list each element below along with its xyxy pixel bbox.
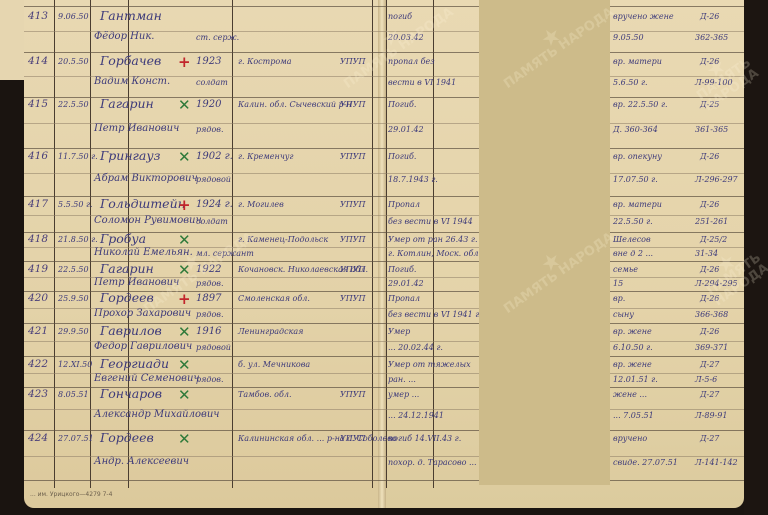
entry-origin: Тамбов. обл. xyxy=(238,390,292,399)
entry-file-ref: Д-26 xyxy=(700,327,719,336)
entry-delivery-note: вручено жене xyxy=(613,12,674,21)
entry-file-ref: Д-27 xyxy=(700,390,719,399)
entry-sheet-ref: 369-371 xyxy=(695,343,728,352)
entry-delivery-date: Д. 360-364 xyxy=(613,125,658,134)
entry-rank: рядовой xyxy=(196,175,231,184)
entry-fate-date: без вести в VI 1944 xyxy=(388,217,473,226)
entry-status: УПУП xyxy=(340,390,366,399)
entry-delivery-date: свиде. 27.07.51 xyxy=(613,458,678,467)
column-rule xyxy=(90,0,91,488)
entry-birth-year: 1920 xyxy=(196,99,221,110)
entry-check-mark: ✕ xyxy=(178,430,191,448)
row-rule xyxy=(24,480,744,481)
entry-rank: солдат xyxy=(196,217,228,226)
entry-birth-year: 1923 xyxy=(196,56,221,67)
entry-delivery-note: вручено xyxy=(613,434,647,443)
entry-origin: Ленинградская xyxy=(238,327,303,336)
entry-number: 420 xyxy=(28,292,48,304)
entry-fate: погиб 14.VII.43 г. xyxy=(388,434,461,443)
entry-date: 25.9.50 xyxy=(58,294,89,303)
entry-file-ref: Д-26 xyxy=(700,152,719,161)
entry-date: 22.5.50 xyxy=(58,265,89,274)
entry-fate: Погиб. xyxy=(388,152,416,161)
entry-delivery-note: вр. матери xyxy=(613,57,662,66)
entry-origin: Калининская обл. ... р-на с. Соболево xyxy=(238,434,397,443)
entry-birth-year: 1916 xyxy=(196,326,221,337)
entry-fate-date: ... 24.12.1941 xyxy=(388,411,444,420)
entry-given-name: Андр. Алексеевич xyxy=(94,456,189,467)
entry-origin: г. Могилев xyxy=(238,200,284,209)
entry-delivery-date: вне д 2 ... xyxy=(613,249,653,258)
entry-check-mark: ✕ xyxy=(178,96,191,114)
entry-fate-date: 29.01.42 xyxy=(388,125,424,134)
entry-date: 9.06.50 xyxy=(58,12,89,21)
entry-file-ref: Д-26 xyxy=(700,200,719,209)
entry-surname: Гольдштейн xyxy=(100,196,186,211)
entry-delivery-date: 15 xyxy=(613,279,623,288)
entry-given-name: Фёдор Ник. xyxy=(94,31,154,42)
entry-delivery-note: вр. 22.5.50 г. xyxy=(613,100,668,109)
entry-sheet-ref: 361-365 xyxy=(695,125,728,134)
entry-status: УПУП xyxy=(340,434,366,443)
entry-given-name: Абрам Викторович xyxy=(94,173,198,184)
entry-rank: ст. серж. xyxy=(196,33,239,42)
entry-sheet-ref: 366-368 xyxy=(695,310,728,319)
entry-status: УПУП xyxy=(340,294,366,303)
entry-date: 22.5.50 xyxy=(58,100,89,109)
entry-fate: Умер от ран 26.43 г. xyxy=(388,235,478,244)
entry-number: 422 xyxy=(28,358,48,370)
entry-surname: Гончаров xyxy=(100,386,162,401)
entry-date: 11.7.50 г. xyxy=(58,152,98,161)
entry-date: 20.5.50 xyxy=(58,57,89,66)
entry-given-name: Евгений Семенович xyxy=(94,373,200,384)
entry-surname: Гордеев xyxy=(100,430,154,445)
entry-given-name: Вадим Конст. xyxy=(94,76,170,87)
entry-file-ref: Д-26 xyxy=(700,12,719,21)
entry-origin: б. ул. Мечникова xyxy=(238,360,310,369)
entry-delivery-date: 17.07.50 г. xyxy=(613,175,658,184)
entry-status: УПУП xyxy=(340,265,366,274)
entry-file-ref: Д-25/2 xyxy=(700,235,727,244)
entry-number: 413 xyxy=(28,10,48,22)
entry-fate-date: ран. ... xyxy=(388,375,416,384)
entry-sheet-ref: 251-261 xyxy=(695,217,728,226)
entry-delivery-note: вр. жене xyxy=(613,327,652,336)
entry-surname: Гантман xyxy=(100,8,162,23)
entry-check-mark: + xyxy=(178,196,191,214)
entry-number: 416 xyxy=(28,150,48,162)
entry-delivery-note: вр. матери xyxy=(613,200,662,209)
entry-given-name: Прохор Захарович xyxy=(94,308,191,319)
entry-surname: Горбачев xyxy=(100,53,161,68)
entry-delivery-note: жене ... xyxy=(613,390,647,399)
entry-status: УПУП xyxy=(340,200,366,209)
entry-date: 21.8.50 г. xyxy=(58,235,98,244)
entry-date: 27.07.51 xyxy=(58,434,94,443)
entry-fate: умер ... xyxy=(388,390,419,399)
entry-rank: рядов. xyxy=(196,125,224,134)
entry-number: 424 xyxy=(28,432,48,444)
entry-check-mark: ✕ xyxy=(178,148,191,166)
entry-number: 423 xyxy=(28,388,48,400)
entry-delivery-date: сыну xyxy=(613,310,634,319)
entry-surname: Грингауз xyxy=(100,148,160,163)
print-imprint: ... им. Урицкого—4279 7-4 xyxy=(30,491,112,498)
entry-delivery-note: семье xyxy=(613,265,638,274)
entry-date: 8.05.51 xyxy=(58,390,89,399)
entry-surname: Георгиади xyxy=(100,356,169,371)
entry-origin: Смоленская обл. xyxy=(238,294,310,303)
entry-sheet-ref: Л-296-297 xyxy=(695,175,738,184)
entry-status: УПУП xyxy=(340,235,366,244)
entry-origin: г. Кременчуг xyxy=(238,152,293,161)
entry-date: 5.5.50 г. xyxy=(58,200,93,209)
entry-fate: Погиб. xyxy=(388,265,416,274)
entry-fate-date: без вести в VI 1941 г. xyxy=(388,310,482,319)
page-edge-tab xyxy=(0,0,24,80)
entry-birth-year: 1924 г. xyxy=(196,199,233,210)
entry-surname: Гаврилов xyxy=(100,323,162,338)
entry-number: 417 xyxy=(28,198,48,210)
entry-date: 29.9.50 xyxy=(58,327,89,336)
entry-file-ref: Д-27 xyxy=(700,434,719,443)
entry-rank: рядовой xyxy=(196,343,231,352)
entry-fate-date: 18.7.1943 г. xyxy=(388,175,438,184)
entry-surname: Гробуа xyxy=(100,231,146,246)
entry-sheet-ref: Л-89-91 xyxy=(695,411,727,420)
entry-check-mark: ✕ xyxy=(178,231,191,249)
entry-rank: рядов. xyxy=(196,375,224,384)
entry-number: 414 xyxy=(28,55,48,67)
entry-birth-year: 1902 г. xyxy=(196,151,233,162)
entry-surname: Гагарин xyxy=(100,261,154,276)
entry-delivery-note: вр. xyxy=(613,294,625,303)
entry-given-name: Федор Гаврилович xyxy=(94,341,192,352)
entry-fate: Умер от тяжелых xyxy=(388,360,471,369)
entry-given-name: Соломон Рувимович xyxy=(94,215,202,226)
entry-rank: рядов. xyxy=(196,310,224,319)
entry-status: УПУП xyxy=(340,100,366,109)
entry-origin: Калин. обл. Сычевский р-н xyxy=(238,100,352,109)
entry-fate: Умер xyxy=(388,327,410,336)
entry-date: 12.XI.50 xyxy=(58,360,92,369)
entry-given-name: Петр Иванович xyxy=(94,123,179,134)
entry-delivery-note: вр. жене xyxy=(613,360,652,369)
entry-check-mark: ✕ xyxy=(178,356,191,374)
entry-file-ref: Д-27 xyxy=(700,360,719,369)
entry-delivery-note: вр. опекуну xyxy=(613,152,662,161)
column-rule xyxy=(54,0,55,488)
entry-fate: Погиб. xyxy=(388,100,416,109)
entry-sheet-ref: Л-5-6 xyxy=(695,375,717,384)
entry-rank: солдат xyxy=(196,78,228,87)
entry-fate: Пропал xyxy=(388,294,420,303)
entry-sheet-ref: 362-365 xyxy=(695,33,728,42)
entry-check-mark: ✕ xyxy=(178,386,191,404)
entry-number: 419 xyxy=(28,263,48,275)
entry-sheet-ref: Л-141-142 xyxy=(695,458,738,467)
entry-check-mark: ✕ xyxy=(178,323,191,341)
entry-given-name: Александр Михайлович xyxy=(94,409,220,420)
entry-delivery-date: 12.01.51 г. xyxy=(613,375,658,384)
row-rule xyxy=(24,6,744,7)
entry-birth-year: 1897 xyxy=(196,293,221,304)
entry-surname: Гагарин xyxy=(100,96,154,111)
entry-delivery-note: Шелесов xyxy=(613,235,651,244)
entry-check-mark: + xyxy=(178,53,191,71)
entry-delivery-date: 9.05.50 xyxy=(613,33,644,42)
entry-delivery-date: 6.10.50 г. xyxy=(613,343,653,352)
entry-number: 418 xyxy=(28,233,48,245)
entry-status: УПУП xyxy=(340,152,366,161)
entry-number: 415 xyxy=(28,98,48,110)
column-rule xyxy=(386,0,387,488)
entry-delivery-date: 5.6.50 г. xyxy=(613,78,648,87)
entry-fate-date: г. Котлин, Моск. обл. xyxy=(388,249,481,258)
entry-delivery-date: 22.5.50 г. xyxy=(613,217,653,226)
entry-fate-date: вести в VI 1941 xyxy=(388,78,456,87)
entry-fate-date: ... 20.02.44 г. xyxy=(388,343,443,352)
entry-delivery-date: ... 7.05.51 xyxy=(613,411,654,420)
entry-fate: Пропал xyxy=(388,200,420,209)
entry-origin: г. Кострома xyxy=(238,57,292,66)
entry-fate-date: 29.01.42 xyxy=(388,279,424,288)
entry-number: 421 xyxy=(28,325,48,337)
